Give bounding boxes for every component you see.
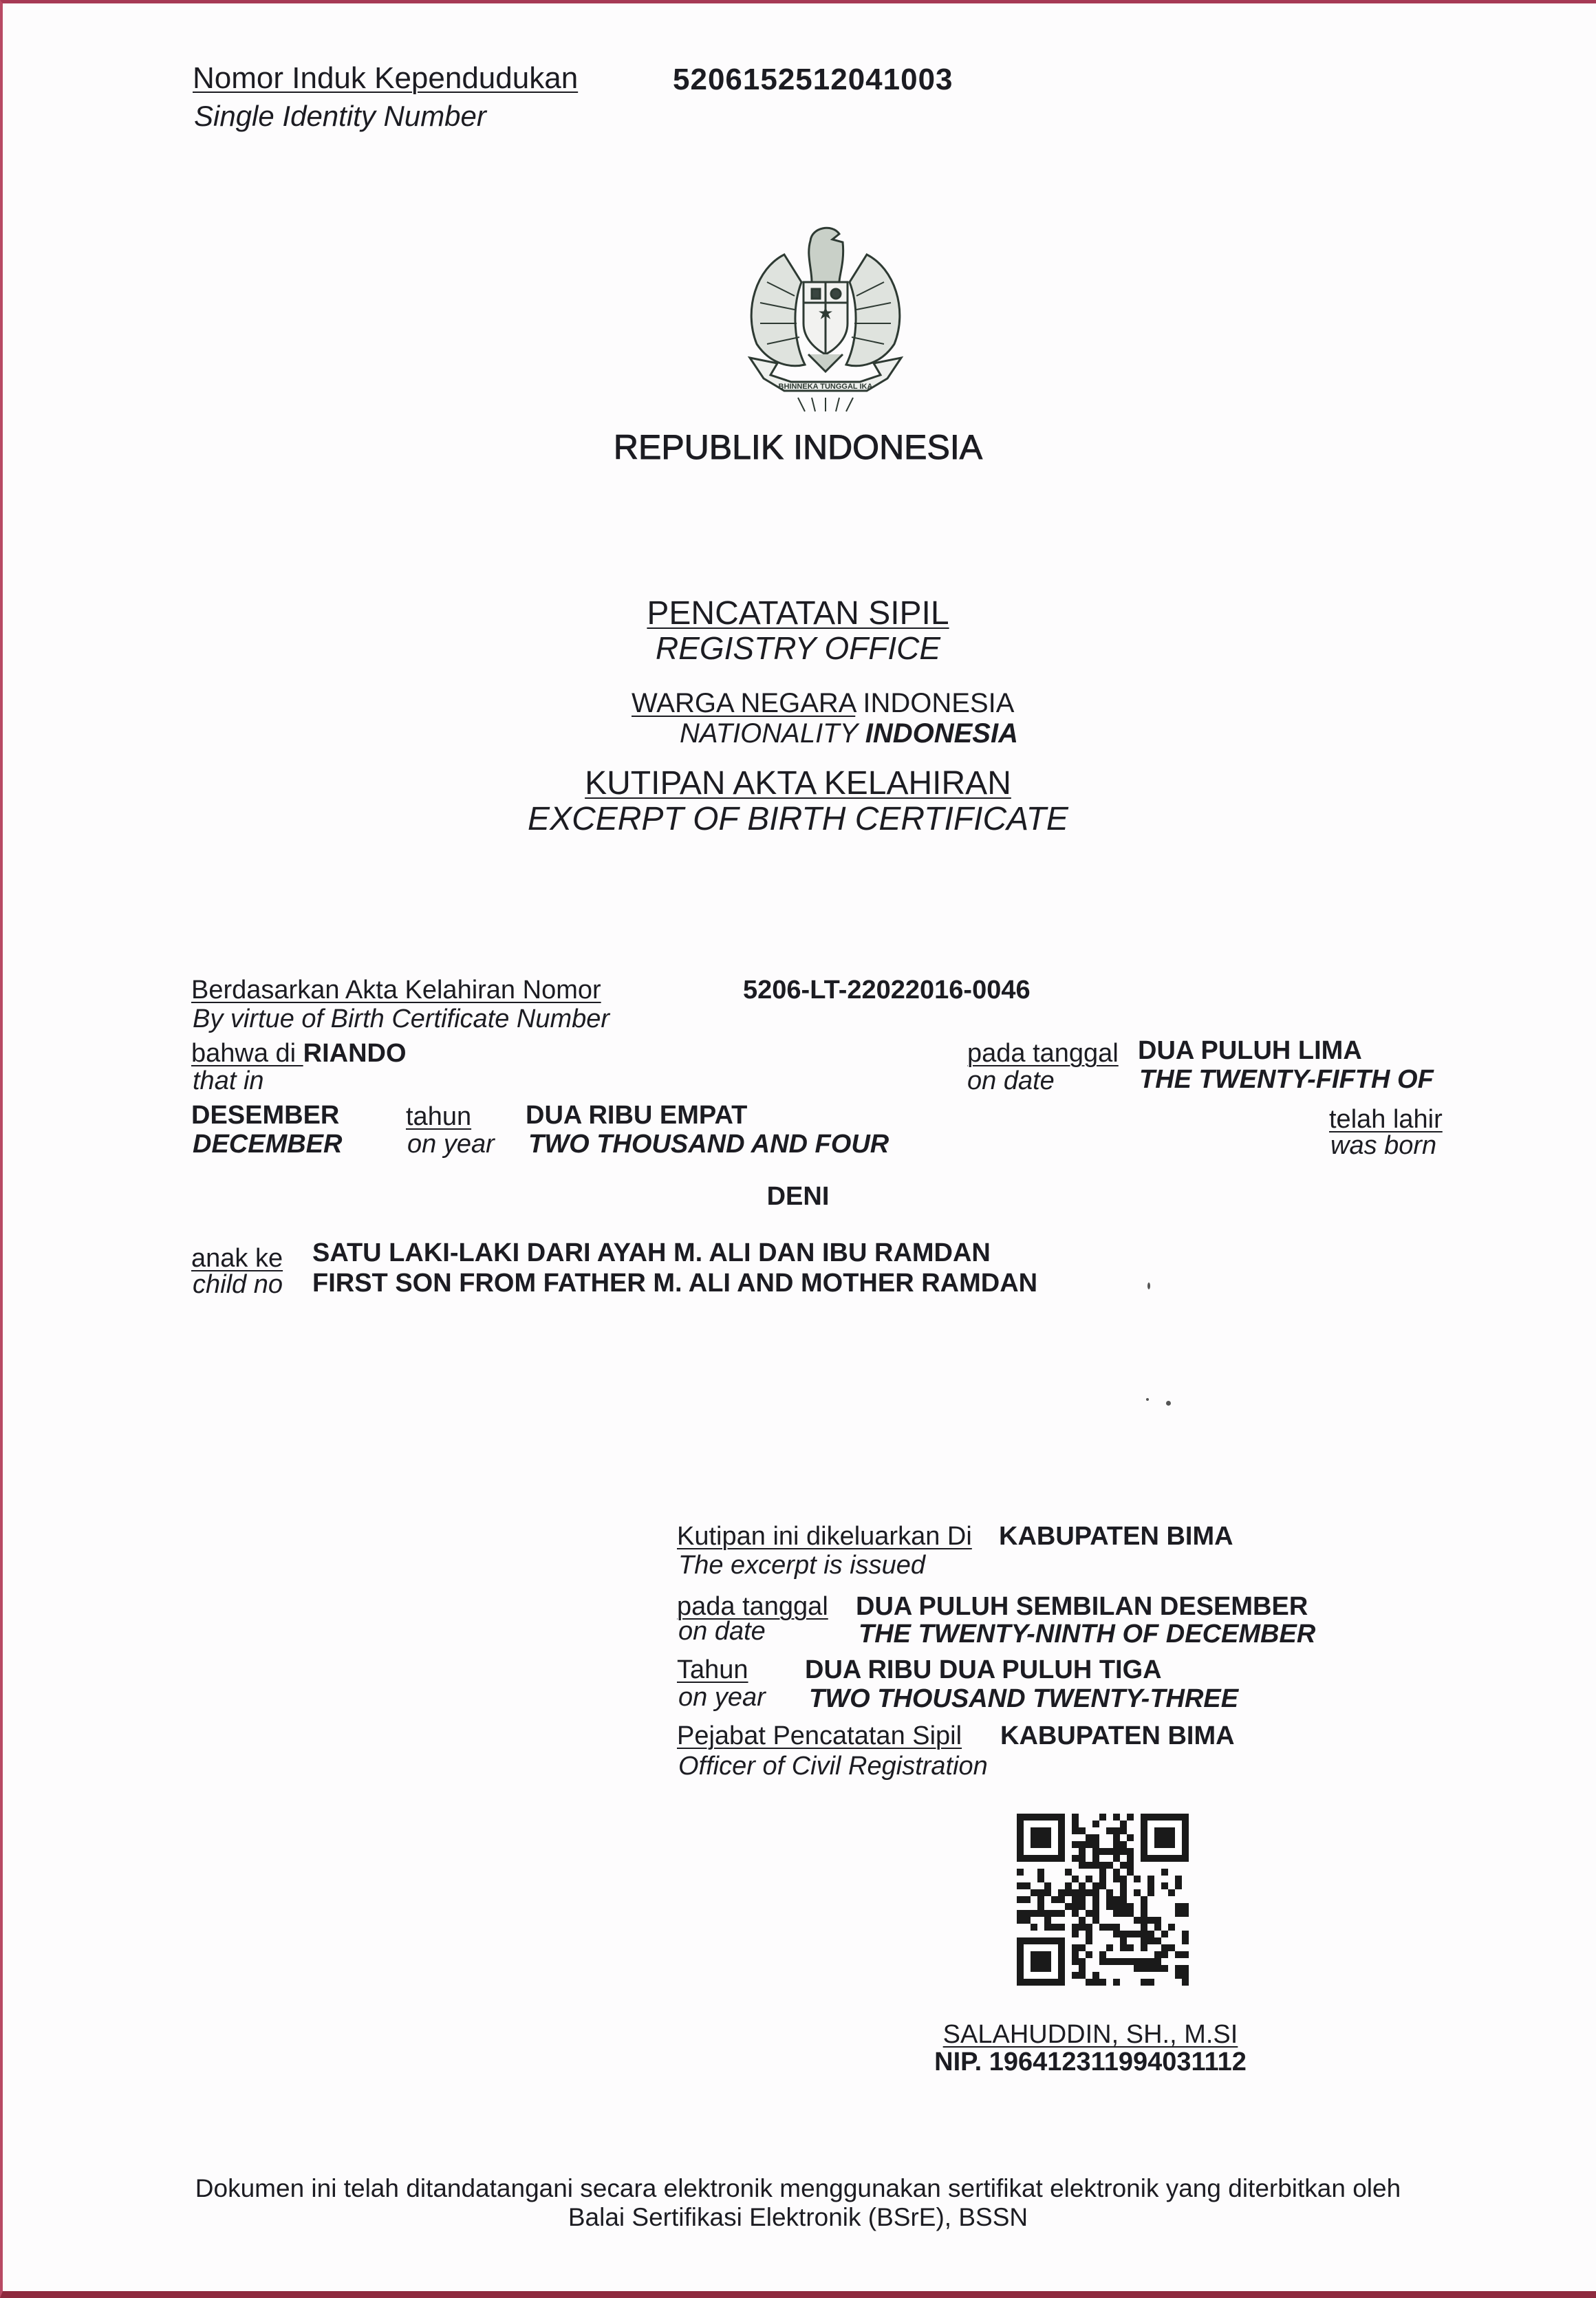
birth-place-value: RIANDO	[303, 1039, 407, 1068]
svg-text:BHINNEKA TUNGGAL IKA: BHINNEKA TUNGGAL IKA	[779, 383, 873, 391]
officer-region: KABUPATEN BIMA	[1000, 1721, 1235, 1750]
document-title: KUTIPAN AKTA KELAHIRAN	[0, 765, 1596, 802]
issued-place-value: KABUPATEN BIMA	[999, 1522, 1233, 1551]
document-title-en: EXCERPT OF BIRTH CERTIFICATE	[0, 801, 1596, 838]
nationality-label: WARGA NEGARA	[632, 688, 855, 718]
birth-day-value-en: THE TWENTY-FIFTH OF	[1139, 1065, 1434, 1094]
issued-place-label: Kutipan ini dikeluarkan Di	[677, 1522, 972, 1551]
officer-label-en: Officer of Civil Registration	[678, 1752, 988, 1781]
issued-date-value-en: THE TWENTY-NINTH OF DECEMBER	[859, 1620, 1315, 1649]
footer-line-1: Dokumen ini telah ditandatangani secara …	[0, 2174, 1596, 2203]
nik-label-en: Single Identity Number	[194, 99, 486, 133]
footer-line-2: Balai Sertifikasi Elektronik (BSrE), BSS…	[0, 2203, 1596, 2232]
nationality-row-en: NATIONALITY INDONESIA	[680, 718, 1018, 749]
child-no-label: anak ke	[191, 1244, 283, 1273]
birth-date-label-en: on date	[967, 1066, 1055, 1095]
nationality-label-en: NATIONALITY	[680, 718, 858, 749]
officer-name: SALAHUDDIN, SH., M.SI	[929, 2020, 1252, 2049]
birth-year-label: tahun	[406, 1102, 471, 1131]
nationality-value: INDONESIA	[863, 688, 1014, 718]
office-title-en: REGISTRY OFFICE	[0, 630, 1596, 666]
child-description-en: FIRST SON FROM FATHER M. ALI AND MOTHER …	[312, 1269, 1037, 1298]
issued-year-label: Tahun	[677, 1655, 748, 1684]
cert-number-value: 5206-LT-22022016-0046	[743, 976, 1031, 1005]
born-label-en: was born	[1330, 1131, 1436, 1160]
child-no-label-en: child no	[193, 1270, 283, 1299]
issued-year-value-en: TWO THOUSAND TWENTY-THREE	[809, 1684, 1238, 1713]
birth-month-value-en: DECEMBER	[193, 1130, 342, 1159]
born-label: telah lahir	[1329, 1105, 1443, 1134]
officer-label: Pejabat Pencatatan Sipil	[677, 1721, 962, 1750]
birth-year-value: DUA RIBU EMPAT	[526, 1101, 747, 1130]
birth-year-value-en: TWO THOUSAND AND FOUR	[528, 1130, 889, 1159]
issued-year-label-en: on year	[678, 1683, 766, 1712]
issued-place-label-en: The excerpt is issued	[678, 1551, 925, 1580]
office-title: PENCATATAN SIPIL	[0, 596, 1596, 632]
garuda-emblem-icon: BHINNEKA TUNGGAL IKA	[729, 206, 922, 413]
child-description: SATU LAKI-LAKI DARI AYAH M. ALI DAN IBU …	[312, 1238, 991, 1267]
nik-label: Nomor Induk Kependudukan	[193, 61, 578, 96]
nationality-row: WARGA NEGARA INDONESIA	[632, 688, 1014, 718]
cert-number-label: Berdasarkan Akta Kelahiran Nomor	[191, 976, 601, 1005]
country-title: REPUBLIK INDONESIA	[0, 428, 1596, 466]
birth-place-label: bahwa di	[191, 1039, 303, 1068]
nationality-value-en: INDONESIA	[865, 718, 1018, 749]
officer-nip: NIP. 196412311994031112	[915, 2048, 1266, 2076]
qr-code-icon[interactable]	[1017, 1814, 1189, 1986]
child-name: DENI	[0, 1182, 1596, 1211]
birth-date-label: pada tanggal	[967, 1039, 1119, 1068]
issued-date-label-en: on date	[678, 1617, 766, 1646]
birth-place-row: bahwa di RIANDO	[191, 1039, 407, 1068]
nik-value: 5206152512041003	[673, 62, 953, 98]
birth-year-label-en: on year	[407, 1130, 495, 1159]
birth-place-label-en: that in	[193, 1066, 264, 1095]
cert-number-label-en: By virtue of Birth Certificate Number	[193, 1005, 610, 1033]
issued-date-value: DUA PULUH SEMBILAN DESEMBER	[856, 1592, 1308, 1621]
birth-month-value: DESEMBER	[191, 1101, 339, 1130]
issued-year-value: DUA RIBU DUA PULUH TIGA	[805, 1655, 1162, 1684]
birth-day-value: DUA PULUH LIMA	[1138, 1036, 1362, 1065]
